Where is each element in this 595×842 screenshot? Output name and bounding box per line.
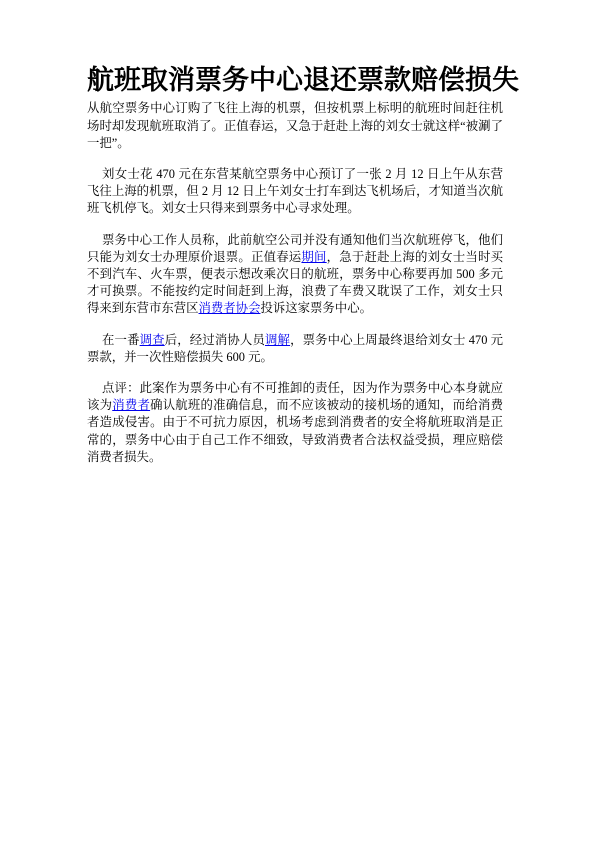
text-run: 在一番 [102,333,140,347]
inline-link[interactable]: 调解 [265,333,290,347]
document-page: 航班取消票务中心退还票款赔偿损失 从航空票务中心订购了飞往上海的机票，但按机票上… [0,0,595,842]
inline-link[interactable]: 消费者协会 [199,301,261,315]
text-run: 确认航班的准确信息，而不应该被动的接机场的通知，而给消费者造成侵害。由于不可抗力… [87,398,503,464]
paragraph: 票务中心工作人员称，此前航空公司并没有通知他们当次航班停飞，他们只能为刘女士办理… [87,232,503,318]
text-run: 从航空票务中心订购了飞往上海的机票，但按机票上标明的航班时间赶往机场时却发现航班… [87,101,503,149]
text-run: 投诉这家票务中心。 [260,301,372,315]
paragraph: 点评：此案作为票务中心有不可推卸的责任，因为作为票务中心本身就应该为消费者确认航… [87,380,503,466]
text-run: 后，经过消协人员 [165,333,265,347]
inline-link[interactable]: 消费者 [112,398,150,412]
paragraph: 从航空票务中心订购了飞往上海的机票，但按机票上标明的航班时间赶往机场时却发现航班… [87,100,503,152]
inline-link[interactable]: 调查 [140,333,165,347]
article-body: 从航空票务中心订购了飞往上海的机票，但按机票上标明的航班时间赶往机场时却发现航班… [87,100,503,466]
paragraph: 在一番调查后，经过消协人员调解，票务中心上周最终退给刘女士 470 元票款，并一… [87,332,503,366]
page-title: 航班取消票务中心退还票款赔偿损失 [87,64,503,96]
inline-link[interactable]: 期间 [301,250,326,264]
paragraph: 刘女士花 470 元在东营某航空票务中心预订了一张 2 月 12 日上午从东营飞… [87,166,503,218]
article: 航班取消票务中心退还票款赔偿损失 从航空票务中心订购了飞往上海的机票，但按机票上… [87,64,503,480]
text-run: 刘女士花 470 元在东营某航空票务中心预订了一张 2 月 12 日上午从东营飞… [87,167,503,215]
